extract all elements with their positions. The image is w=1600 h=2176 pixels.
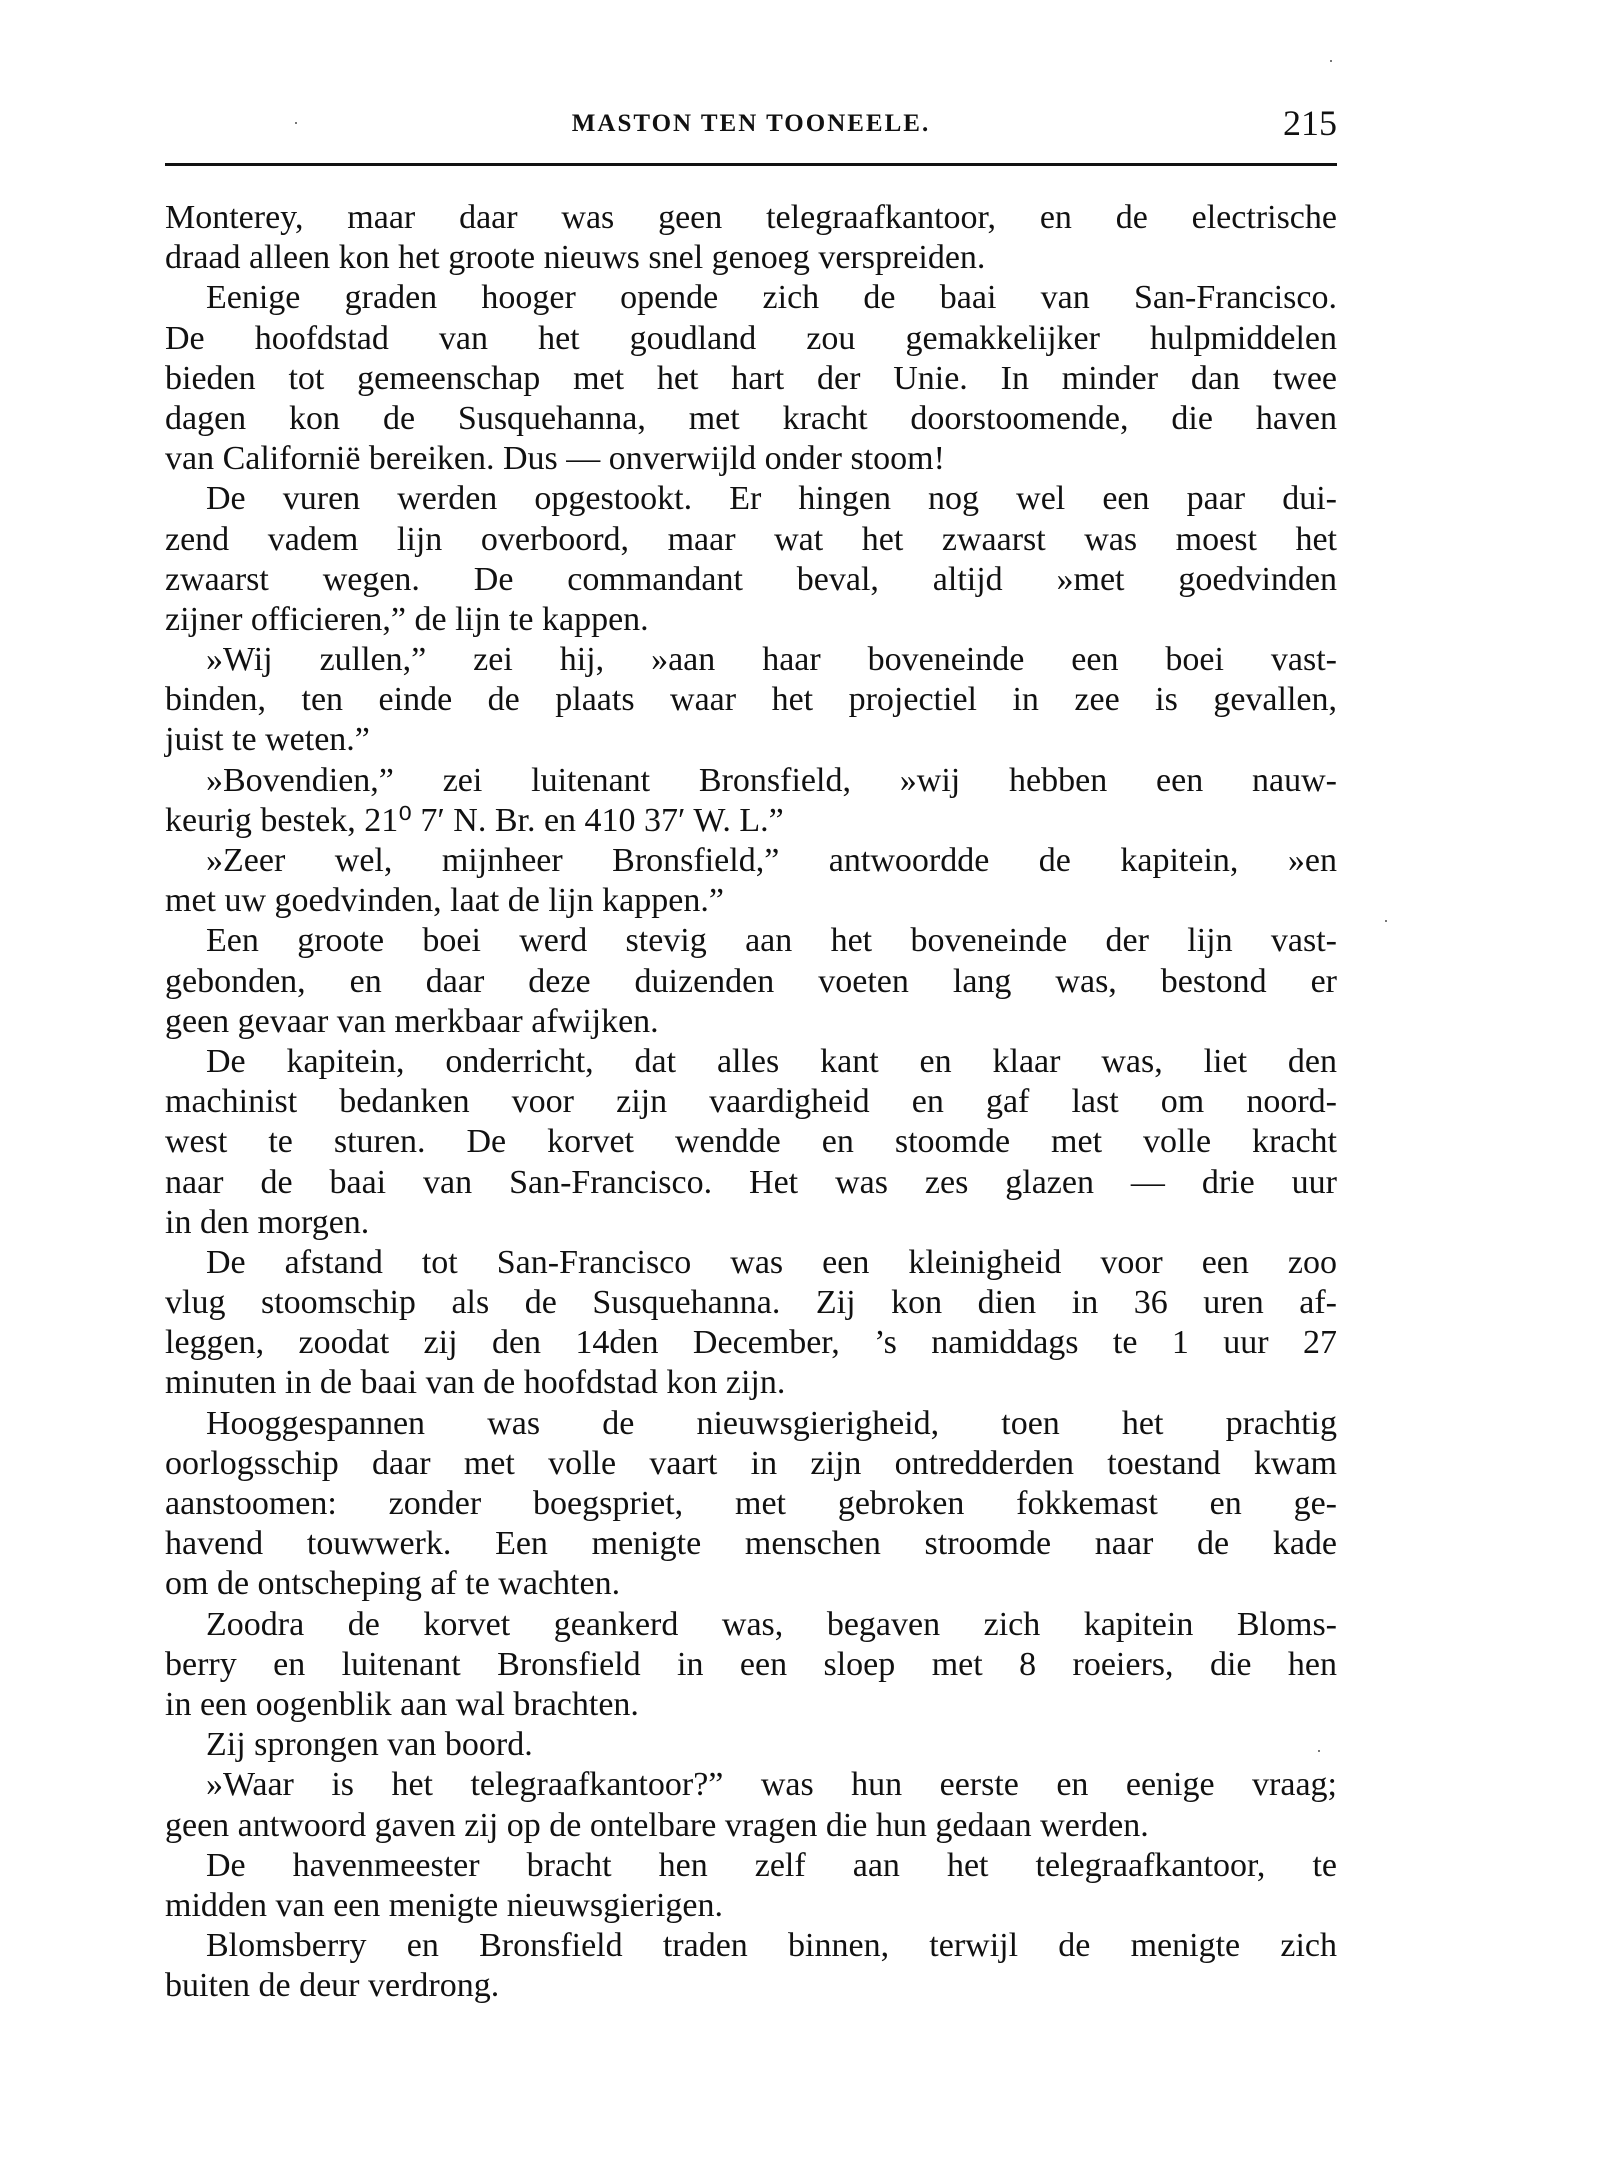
- text-line: om de ontscheping af te wachten.: [165, 1564, 1337, 1604]
- text-line: Hooggespannen was de nieuwsgierigheid, t…: [165, 1404, 1337, 1444]
- text-line: machinist bedanken voor zijn vaardigheid…: [165, 1082, 1337, 1122]
- text-line: van Californië bereiken. Dus — onverwijl…: [165, 439, 1337, 479]
- text-line: De afstand tot San-Francisco was een kle…: [165, 1243, 1337, 1283]
- text-line: »Waar is het telegraafkantoor?” was hun …: [165, 1765, 1337, 1805]
- scan-speck: [1318, 1750, 1320, 1752]
- text-line: zwaarst wegen. De commandant beval, alti…: [165, 560, 1337, 600]
- text-line: draad alleen kon het groote nieuws snel …: [165, 238, 1337, 278]
- text-line: leggen, zoodat zij den 14den December, ’…: [165, 1323, 1337, 1363]
- text-line: midden van een menigte nieuwsgierigen.: [165, 1886, 1337, 1926]
- text-line: havend touwwerk. Een menigte menschen st…: [165, 1524, 1337, 1564]
- text-line: naar de baai van San-Francisco. Het was …: [165, 1163, 1337, 1203]
- text-line: De kapitein, onderricht, dat alles kant …: [165, 1042, 1337, 1082]
- page-number: 215: [1283, 102, 1337, 144]
- text-line: Monterey, maar daar was geen telegraafka…: [165, 198, 1337, 238]
- text-line: met uw goedvinden, laat de lijn kappen.”: [165, 881, 1337, 921]
- text-line: vlug stoomschip als de Susquehanna. Zij …: [165, 1283, 1337, 1323]
- text-line: dagen kon de Susquehanna, met kracht doo…: [165, 399, 1337, 439]
- text-line: geen gevaar van merkbaar afwijken.: [165, 1002, 1337, 1042]
- text-line: in een oogenblik aan wal brachten.: [165, 1685, 1337, 1725]
- text-line: Een groote boei werd stevig aan het bove…: [165, 921, 1337, 961]
- text-line: juist te weten.”: [165, 720, 1337, 760]
- text-line: bieden tot gemeenschap met het hart der …: [165, 359, 1337, 399]
- text-line: berry en luitenant Bronsfield in een slo…: [165, 1645, 1337, 1685]
- header-rule: [165, 163, 1337, 166]
- scan-speck: [1330, 60, 1332, 62]
- body-text: Monterey, maar daar was geen telegraafka…: [165, 198, 1337, 2006]
- text-line: keurig bestek, 21⁰ 7′ N. Br. en 410 37′ …: [165, 801, 1337, 841]
- text-line: west te sturen. De korvet wendde en stoo…: [165, 1122, 1337, 1162]
- text-line: »Bovendien,” zei luitenant Bronsfield, »…: [165, 761, 1337, 801]
- text-line: Blomsberry en Bronsfield traden binnen, …: [165, 1926, 1337, 1966]
- scan-speck: [1385, 920, 1387, 922]
- text-line: zijner officieren,” de lijn te kappen.: [165, 600, 1337, 640]
- text-line: buiten de deur verdrong.: [165, 1966, 1337, 2006]
- running-title: MASTON TEN TOONEELE.: [165, 110, 1337, 138]
- text-line: zend vadem lijn overboord, maar wat het …: [165, 520, 1337, 560]
- text-line: aanstoomen: zonder boegspriet, met gebro…: [165, 1484, 1337, 1524]
- scan-speck: [295, 122, 297, 124]
- text-line: Zij sprongen van boord.: [165, 1725, 1337, 1765]
- text-line: binden, ten einde de plaats waar het pro…: [165, 680, 1337, 720]
- text-line: Zoodra de korvet geankerd was, begaven z…: [165, 1605, 1337, 1645]
- text-line: »Zeer wel, mijnheer Bronsfield,” antwoor…: [165, 841, 1337, 881]
- book-page: MASTON TEN TOONEELE. 215 Monterey, maar …: [0, 0, 1600, 2176]
- text-line: De hoofdstad van het goudland zou gemakk…: [165, 319, 1337, 359]
- text-line: gebonden, en daar deze duizenden voeten …: [165, 962, 1337, 1002]
- text-line: De vuren werden opgestookt. Er hingen no…: [165, 479, 1337, 519]
- running-head: MASTON TEN TOONEELE. 215: [165, 100, 1337, 150]
- text-line: minuten in de baai van de hoofdstad kon …: [165, 1363, 1337, 1403]
- text-line: oorlogsschip daar met volle vaart in zij…: [165, 1444, 1337, 1484]
- text-line: De havenmeester bracht hen zelf aan het …: [165, 1846, 1337, 1886]
- text-line: »Wij zullen,” zei hij, »aan haar bovenei…: [165, 640, 1337, 680]
- text-line: in den morgen.: [165, 1203, 1337, 1243]
- text-line: Eenige graden hooger opende zich de baai…: [165, 278, 1337, 318]
- text-line: geen antwoord gaven zij op de ontelbare …: [165, 1806, 1337, 1846]
